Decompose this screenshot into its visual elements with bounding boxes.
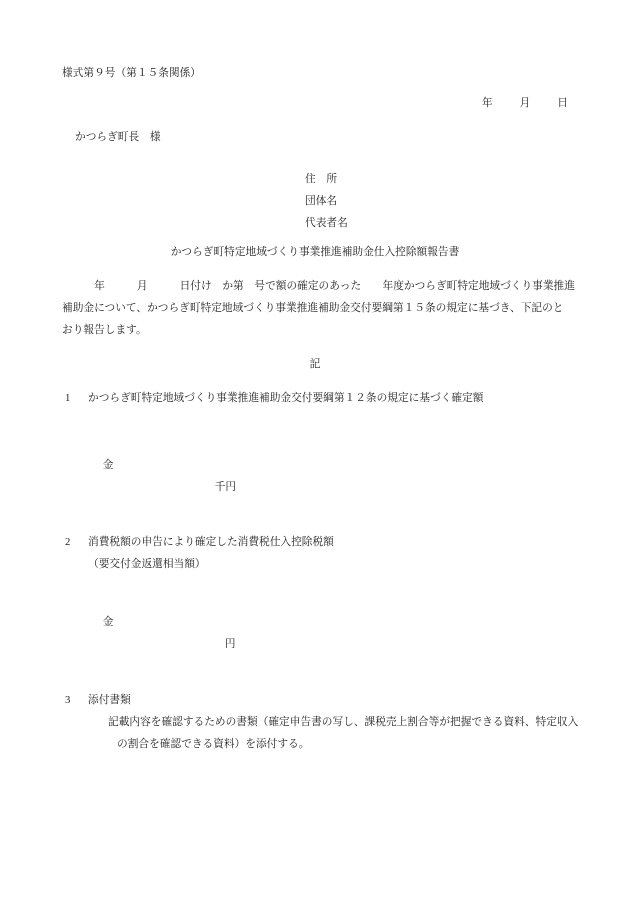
addressee: かつらぎ町長 様 — [75, 126, 568, 148]
item-2-note: （要交付金返還相当額） — [88, 553, 568, 575]
form-number: 様式第９号（第１５条関係） — [62, 62, 568, 84]
date-day-label: 日 — [557, 95, 568, 110]
item-2-text: 消費税額の申告により確定した消費税仕入控除税額 — [88, 531, 334, 553]
item-2-number: 2 — [65, 531, 88, 553]
item-1-amount-line: 金 千円 — [92, 432, 568, 520]
body-line-2: 補助金について、かつらぎ町特定地域づくり事業推進補助金交付要綱第１５条の規定に基… — [62, 297, 568, 319]
date-month-label: 月 — [520, 95, 531, 110]
item-1-amount-unit: 千円 — [215, 481, 236, 493]
item-3-heading: 3 添付書類 — [62, 689, 568, 711]
item-2-amount-unit: 円 — [225, 638, 236, 650]
document-page: 様式第９号（第１５条関係） 年 月 日 かつらぎ町長 様 住 所 団体名 代表者… — [0, 0, 630, 903]
item-2-amount-prefix: 金 — [103, 616, 114, 628]
item-2-heading: 2 消費税額の申告により確定した消費税仕入控除税額 — [62, 531, 568, 553]
ki-marker: 記 — [62, 353, 568, 375]
sender-organization-label: 団体名 — [305, 190, 568, 212]
sender-block: 住 所 団体名 代表者名 — [62, 168, 568, 234]
item-3-description-line-2: の割合を確認できる資料）を添付する。 — [117, 733, 568, 755]
date-line: 年 月 日 — [62, 95, 568, 110]
item-3-description-line-1: 記載内容を確認するための書類（確定申告書の写し、課税売上割合等が把握できる資料、… — [108, 711, 568, 733]
item-1-number: 1 — [65, 387, 88, 409]
item-3-text: 添付書類 — [88, 689, 131, 711]
item-2-amount-line: 金 円 — [92, 589, 568, 677]
item-1-amount-prefix: 金 — [103, 459, 114, 471]
item-1-heading: 1 かつらぎ町特定地域づくり事業推進補助金交付要綱第１２条の規定に基づく確定額 — [62, 387, 568, 409]
body-line-3: おり報告します。 — [62, 319, 568, 341]
date-year-label: 年 — [482, 95, 493, 110]
body-line-1: 年 月 日付け か第 号で額の確定のあった 年度かつらぎ町特定地域づくり事業推進 — [62, 275, 568, 297]
item-1-text: かつらぎ町特定地域づくり事業推進補助金交付要綱第１２条の規定に基づく確定額 — [88, 387, 483, 409]
item-3-number: 3 — [65, 689, 88, 711]
document-title: かつらぎ町特定地域づくり事業推進補助金仕入控除額報告書 — [62, 241, 568, 263]
body-paragraph: 年 月 日付け か第 号で額の確定のあった 年度かつらぎ町特定地域づくり事業推進… — [62, 275, 568, 341]
sender-address-label: 住 所 — [305, 168, 568, 190]
sender-representative-label: 代表者名 — [305, 212, 568, 234]
